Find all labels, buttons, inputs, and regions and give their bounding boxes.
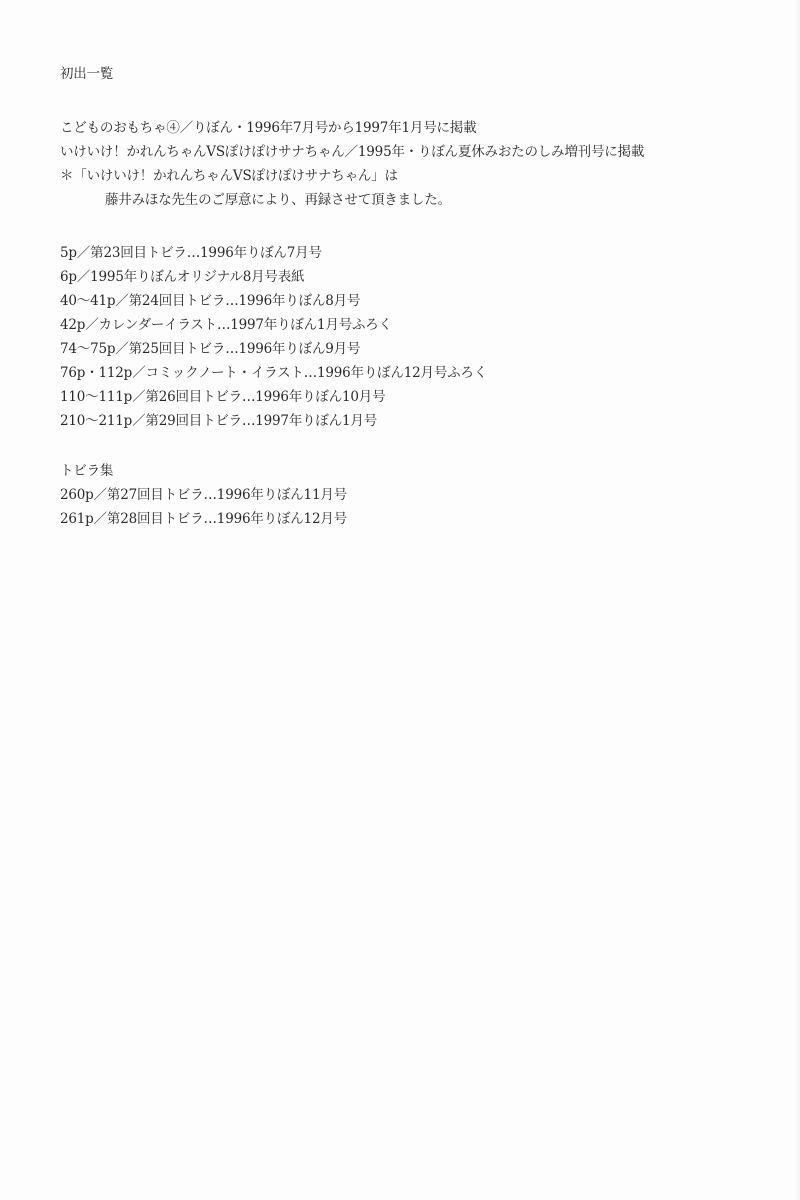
separator: ／ [94, 487, 107, 503]
section-heading: トビラ集 [60, 459, 347, 483]
page-title: 初出一覧 [60, 62, 113, 86]
page-range: 42p [60, 317, 85, 333]
credit-description: 1995年りぼんオリジナル8月号表紙 [90, 269, 304, 285]
page-title-block: 初出一覧 [60, 62, 113, 86]
separator: ／ [132, 413, 145, 429]
illustration-credit-row: 5p／第23回目トビラ…1996年りぼん7月号 [60, 241, 487, 265]
credit-description: 第25回目トビラ…1996年りぼん9月号 [129, 341, 361, 357]
credit-description: 第26回目トビラ…1996年りぼん10月号 [145, 389, 385, 405]
page-range: 5p [60, 245, 77, 261]
illustration-credit-row: 42p／カレンダーイラスト…1997年りぼん1月号ふろく [60, 313, 487, 337]
illustration-credit-row: 110〜111p／第26回目トビラ…1996年りぼん10月号 [60, 385, 487, 409]
credit-description: カレンダーイラスト…1997年りぼん1月号ふろく [99, 317, 392, 333]
illustration-credits-list: 5p／第23回目トビラ…1996年りぼん7月号 6p／1995年りぼんオリジナル… [60, 241, 487, 433]
book-page: 初出一覧 こどものおもちゃ④／りぼん・1996年7月号から1997年1月号に掲載… [0, 0, 800, 1200]
separator: ／ [115, 341, 128, 357]
credit-line: いけいけ！かれんちゃんVSぽけぽけサナちゃん／1995年・りぼん夏休みおたのしみ… [60, 140, 644, 164]
page-range: 210〜211p [60, 413, 132, 429]
credit-note: 藤井みほな先生のご厚意により、再録させて頂きました。 [60, 188, 644, 212]
separator: ／ [115, 293, 128, 309]
credit-line: こどものおもちゃ④／りぼん・1996年7月号から1997年1月号に掲載 [60, 116, 644, 140]
separator: ／ [85, 317, 98, 333]
separator: ／ [132, 365, 145, 381]
separator: ／ [94, 511, 107, 527]
illustration-credit-row: 76p・112p／コミックノート・イラスト…1996年りぼん12月号ふろく [60, 361, 487, 385]
tobira-credit-row: 261p／第28回目トビラ…1996年りぼん12月号 [60, 507, 347, 531]
page-range: 260p [60, 487, 94, 503]
credit-description: 第29回目トビラ…1997年りぼん1月号 [145, 413, 377, 429]
credit-description: 第27回目トビラ…1996年りぼん11月号 [107, 487, 347, 503]
separator: ／ [132, 389, 145, 405]
page-range: 74〜75p [60, 341, 115, 357]
separator: ／ [77, 269, 90, 285]
tobira-credit-row: 260p／第27回目トビラ…1996年りぼん11月号 [60, 483, 347, 507]
page-range: 40〜41p [60, 293, 115, 309]
page-range: 110〜111p [60, 389, 132, 405]
credit-description: 第23回目トビラ…1996年りぼん7月号 [90, 245, 322, 261]
page-edge-shadow [794, 0, 800, 1200]
tobira-collection-section: トビラ集 260p／第27回目トビラ…1996年りぼん11月号 261p／第28… [60, 459, 347, 531]
first-appearance-list: こどものおもちゃ④／りぼん・1996年7月号から1997年1月号に掲載 いけいけ… [60, 116, 644, 212]
illustration-credit-row: 40〜41p／第24回目トビラ…1996年りぼん8月号 [60, 289, 487, 313]
separator: ／ [77, 245, 90, 261]
credit-description: 第28回目トビラ…1996年りぼん12月号 [107, 511, 347, 527]
illustration-credit-row: 74〜75p／第25回目トビラ…1996年りぼん9月号 [60, 337, 487, 361]
credit-line: ＊「いけいけ！かれんちゃんVSぽけぽけサナちゃん」は [60, 164, 644, 188]
illustration-credit-row: 210〜211p／第29回目トビラ…1997年りぼん1月号 [60, 409, 487, 433]
page-range: 261p [60, 511, 94, 527]
page-range: 6p [60, 269, 77, 285]
illustration-credit-row: 6p／1995年りぼんオリジナル8月号表紙 [60, 265, 487, 289]
credit-description: 第24回目トビラ…1996年りぼん8月号 [129, 293, 361, 309]
credit-description: コミックノート・イラスト…1996年りぼん12月号ふろく [145, 365, 487, 381]
page-range: 76p・112p [60, 365, 132, 381]
